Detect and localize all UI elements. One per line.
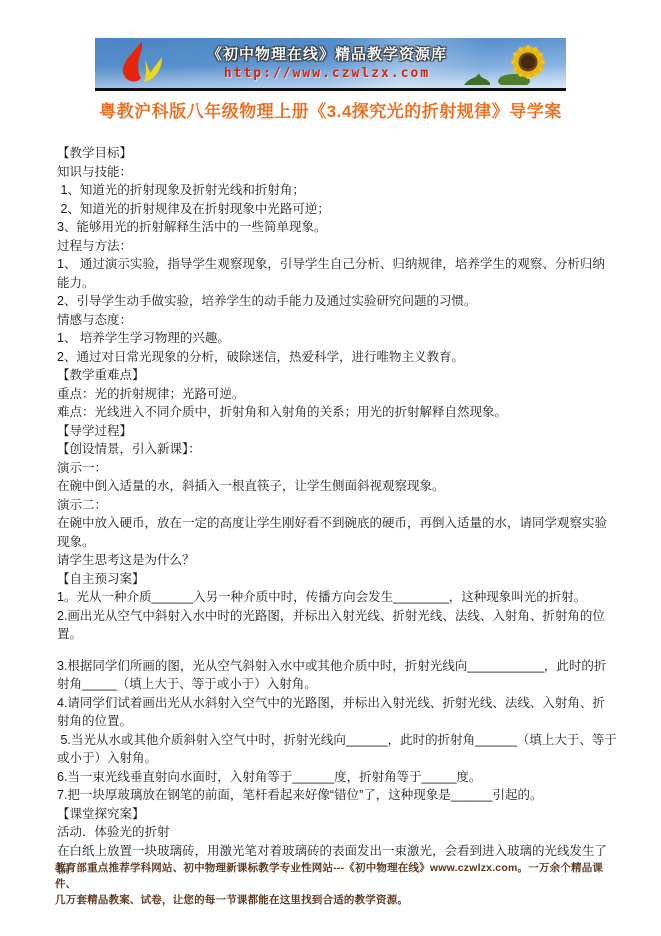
- paragraph: 1、 培养学生学习物理的兴趣。: [57, 329, 617, 348]
- paragraph: 【教学目标】: [57, 144, 617, 163]
- paragraph: 2、知道光的折射规律及在折射现象中光路可逆；: [57, 200, 617, 219]
- paragraph: 演示一：: [57, 459, 617, 478]
- paragraph: 6.当一束光线垂直射向水面时，入射角等于______度，折射角等于_____度。: [57, 768, 617, 787]
- site-logo-icon: [109, 39, 171, 91]
- paragraph: 在碗中放入硬币，放在一定的高度让学生刚好看不到碗底的硬币，再倒入适量的水，请同学…: [57, 514, 617, 551]
- document-footer: 教育部重点推荐学科网站、初中物理新课标教学专业性网站---《初中物理在线》www…: [55, 860, 623, 908]
- paragraph: 2、引导学生动手做实验，培养学生的动手能力及通过实验研究问题的习惯。: [57, 292, 617, 311]
- paragraph: 情感与态度：: [57, 311, 617, 330]
- paragraph: 知识与技能：: [57, 163, 617, 182]
- paragraph: 1。光从一种介质______入另一种介质中时，传播方向会发生________，这…: [57, 588, 617, 607]
- paragraph: 重点：光的折射规律；光路可逆。: [57, 385, 617, 404]
- paragraph: 【创设情景，引入新课】：: [57, 440, 617, 459]
- paragraph: [57, 644, 617, 657]
- footer-line: 几万套精品教案、试卷，让您的每一节课都能在这里找到合适的教学资源。: [55, 892, 623, 908]
- paragraph: 1、知道光的折射现象及折射光线和折射角；: [57, 181, 617, 200]
- site-title: 《初中物理在线》精品教学资源库: [187, 43, 467, 64]
- paragraph: 过程与方法：: [57, 237, 617, 256]
- paragraph: 活动．体验光的折射: [57, 823, 617, 842]
- paragraph: 请学生思考这是为什么？: [57, 551, 617, 570]
- paragraph: 7.把一块厚玻璃放在钢笔的前面，笔杆看起来好像“错位”了，这种现象是______…: [57, 786, 617, 805]
- paragraph: 1、 通过演示实验，指导学生观察现象，引导学生自己分析、归纳规律，培养学生的观察…: [57, 255, 617, 292]
- paragraph: 3.根据同学们所画的图，光从空气斜射入水中或其他介质中时，折射光线向______…: [57, 657, 617, 694]
- paragraph: 5.当光从水或其他介质斜射入空气中时，折射光线向______，此时的折射角___…: [57, 731, 617, 768]
- paragraph: 2.画出光从空气中斜射入水中时的光路图，并标出入射光线、折射光线、法线、入射角、…: [57, 607, 617, 644]
- banner-text-block: 《初中物理在线》精品教学资源库 http://www.czwlzx.com: [187, 43, 467, 81]
- paragraph: 4.请同学们试着画出光从水斜射入空气中的光路图，并标出入射光线、折射光线、法线、…: [57, 694, 617, 731]
- paragraph: 在碗中倒入适量的水，斜插入一根直筷子，让学生侧面斜视观察现象。: [57, 477, 617, 496]
- page-title: 粤教沪科版八年级物理上册《3.4探究光的折射规律》导学案: [0, 97, 661, 122]
- paragraph: 难点：光线进入不同介质中，折射角和入射角的关系；用光的折射解释自然现象。: [57, 403, 617, 422]
- site-url: http://www.czwlzx.com: [187, 66, 467, 81]
- paragraph: 【自主预习案】: [57, 570, 617, 589]
- sunflower-icon: [464, 38, 564, 90]
- paragraph: 【教学重难点】: [57, 366, 617, 385]
- paragraph: 【导学过程】: [57, 422, 617, 441]
- footer-line: 教育部重点推荐学科网站、初中物理新课标教学专业性网站---《初中物理在线》www…: [55, 860, 623, 892]
- paragraph: 【课堂探究案】: [57, 805, 617, 824]
- paragraph: 3、能够用光的折射解释生活中的一些简单现象。: [57, 218, 617, 237]
- paragraph: 演示二：: [57, 496, 617, 515]
- paragraph: 2、通过对日常光现象的分析，破除迷信，热爱科学，进行唯物主义教育。: [57, 348, 617, 367]
- document-body: 【教学目标】知识与技能： 1、知道光的折射现象及折射光线和折射角； 2、知道光的…: [57, 144, 617, 879]
- site-banner: 《初中物理在线》精品教学资源库 http://www.czwlzx.com: [95, 38, 566, 91]
